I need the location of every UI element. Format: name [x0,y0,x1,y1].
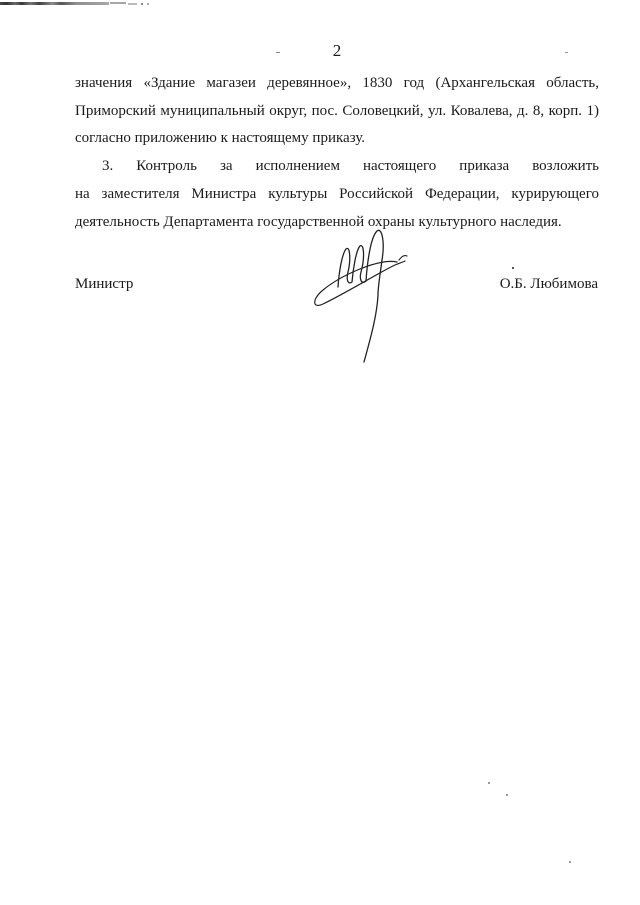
scan-artifact-top-line2 [110,2,126,4]
scan-speck [488,782,490,784]
scan-speck [506,794,508,796]
paragraph-line: согласно приложению к настоящему приказу… [75,125,599,153]
document-body: значения «Здание магазеи деревянное», 18… [75,70,599,236]
scan-speck [512,267,514,269]
paragraph-line: 3. Контроль за исполнением настоящего пр… [75,153,599,181]
scan-speck [569,861,571,863]
signatory-title: Министр [75,276,133,293]
paragraph-line: на заместителя Министра культуры Российс… [75,181,599,209]
scan-artifact-top-line [0,2,109,5]
scan-speck [276,52,280,53]
scan-speck [565,52,568,53]
signatory-name: О.Б. Любимова [470,276,598,293]
scan-artifact-top-line3 [128,3,137,5]
signature-icon [300,224,430,369]
scan-speck [141,3,143,5]
page-number: 2 [325,41,349,61]
paragraph-line: значения «Здание магазеи деревянное», 18… [75,70,599,98]
document-page: 2 значения «Здание магазеи деревянное», … [0,0,640,905]
paragraph-line: Приморский муниципальный округ, пос. Сол… [75,98,599,126]
scan-speck [147,3,149,5]
